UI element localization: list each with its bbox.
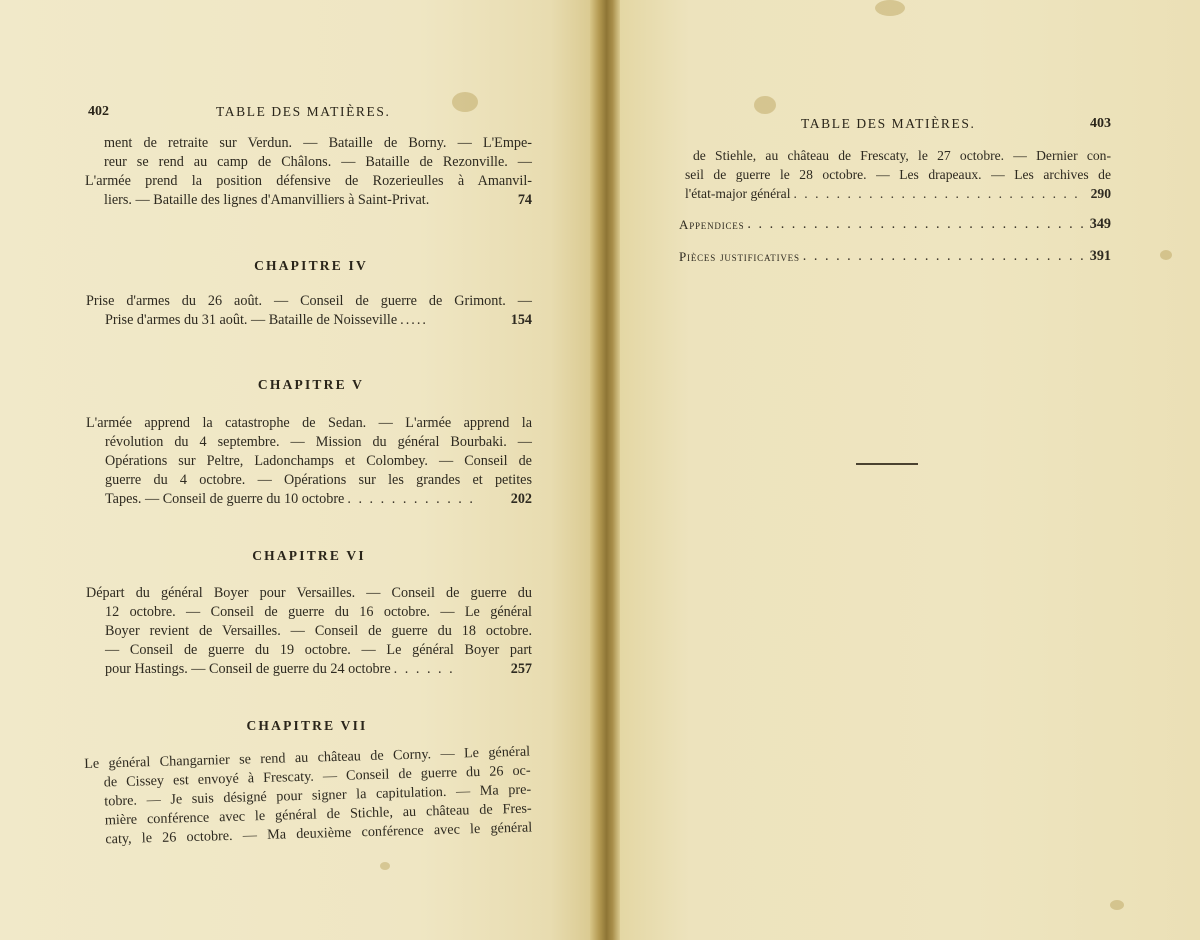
page-number: 403: [1090, 116, 1111, 132]
page-number: 402: [88, 104, 109, 120]
toc-line: révolution du 4 septembre. — Mission du …: [86, 433, 532, 452]
end-rule: [856, 463, 918, 465]
toc-line: Prise d'armes du 26 août. — Conseil de g…: [86, 292, 532, 311]
toc-line: seil de guerre le 28 octobre. — Les drap…: [685, 165, 1111, 184]
toc-line-last: pour Hastings. — Conseil de guerre du 24…: [86, 660, 532, 679]
paper-stain: [452, 92, 478, 112]
leader-dots: .....: [397, 311, 431, 330]
toc-line: ment de retraite sur Verdun. — Bataille …: [104, 134, 532, 153]
leader-dots: . . . . . . . . . . . .: [344, 490, 504, 509]
toc-line: 12 octobre. — Conseil de guerre du 16 oc…: [86, 603, 532, 622]
page-ref: 257: [505, 660, 532, 679]
toc-line-text: Pièces justificatives: [679, 247, 800, 266]
toc-line-text: pour Hastings. — Conseil de guerre du 24…: [105, 660, 391, 679]
toc-line: Opérations sur Peltre, Ladonchamps et Co…: [86, 452, 532, 471]
toc-line: Boyer revient de Versailles. — Conseil d…: [86, 622, 532, 641]
leader-dots: [429, 191, 512, 210]
toc-line: de Stiehle, au château de Frescaty, le 2…: [693, 146, 1111, 165]
toc-line: L'armée apprend la catastrophe de Sedan.…: [86, 414, 532, 433]
left-page: 402 TABLE DES MATIÈRES. ment de retraite…: [0, 0, 598, 940]
toc-entry: Le général Changarnier se rend au châtea…: [84, 743, 532, 850]
toc-entry: L'armée apprend la catastrophe de Sedan.…: [86, 414, 532, 509]
toc-line-text: Appendices: [679, 215, 744, 234]
page-ref: 290: [1085, 184, 1111, 203]
toc-line: L'armée prend la position défensive de R…: [85, 172, 532, 191]
page-ref: 349: [1084, 215, 1111, 234]
toc-line-last: Prise d'armes du 31 août. — Bataille de …: [86, 311, 532, 330]
book-gutter: [590, 0, 620, 940]
toc-line-text: Prise d'armes du 31 août. — Bataille de …: [105, 311, 397, 330]
paper-stain: [1110, 900, 1124, 910]
toc-line-last: Appendices . . . . . . . . . . . . . . .…: [679, 215, 1111, 234]
toc-line-last: l'état-major général . . . . . . . . . .…: [685, 184, 1111, 203]
paper-stain: [1160, 250, 1172, 260]
paper-stain: [754, 96, 776, 114]
right-page: TABLE DES MATIÈRES. 403 de Stiehle, au c…: [620, 0, 1200, 940]
toc-line-last: liers. — Bataille des lignes d'Amanvilli…: [104, 191, 532, 210]
page-ref: 202: [505, 490, 532, 509]
leader-dots: . . . . . . . . . . . . . . . . . . . . …: [790, 184, 1084, 203]
toc-line: guerre du 4 octobre. — Opérations sur le…: [86, 471, 532, 490]
running-title: TABLE DES MATIÈRES.: [216, 104, 390, 120]
toc-entry: Prise d'armes du 26 août. — Conseil de g…: [86, 292, 532, 330]
running-title: TABLE DES MATIÈRES.: [801, 116, 975, 132]
chapter-heading: CHAPITRE V: [88, 377, 534, 393]
toc-line-last: Tapes. — Conseil de guerre du 10 octobre…: [86, 490, 532, 509]
toc-line: reur se rend au camp de Châlons. — Batai…: [104, 153, 532, 172]
toc-entry: Départ du général Boyer pour Versailles.…: [86, 584, 532, 679]
page-ref: 74: [512, 191, 532, 210]
toc-line-text: liers. — Bataille des lignes d'Amanvilli…: [104, 191, 429, 210]
toc-entry-appendices: Appendices . . . . . . . . . . . . . . .…: [679, 215, 1111, 234]
toc-entry-continuation: de Stiehle, au château de Frescaty, le 2…: [693, 146, 1111, 203]
chapter-heading: CHAPITRE IV: [88, 258, 534, 274]
leader-dots: . . . . . . . . . . . . . . . . . . . . …: [744, 215, 1083, 234]
toc-entry-pieces-justificatives: Pièces justificatives . . . . . . . . . …: [679, 247, 1111, 266]
leader-dots: . . . . . . . . . . . . . . . . . . . . …: [800, 247, 1084, 266]
paper-stain: [380, 862, 390, 870]
toc-entry-continuation: ment de retraite sur Verdun. — Bataille …: [104, 134, 532, 210]
page-ref: 154: [505, 311, 532, 330]
page-ref: 391: [1084, 247, 1111, 266]
toc-line-text: l'état-major général: [685, 184, 790, 203]
toc-line-text: Tapes. — Conseil de guerre du 10 octobre: [105, 490, 344, 509]
chapter-heading: CHAPITRE VI: [86, 548, 532, 564]
toc-line: Départ du général Boyer pour Versailles.…: [86, 584, 532, 603]
toc-line: — Conseil de guerre du 19 octobre. — Le …: [86, 641, 532, 660]
leader-dots: . . . . . .: [391, 660, 505, 679]
paper-stain: [875, 0, 905, 16]
chapter-heading: CHAPITRE VII: [84, 718, 530, 734]
toc-line-last: Pièces justificatives . . . . . . . . . …: [679, 247, 1111, 266]
